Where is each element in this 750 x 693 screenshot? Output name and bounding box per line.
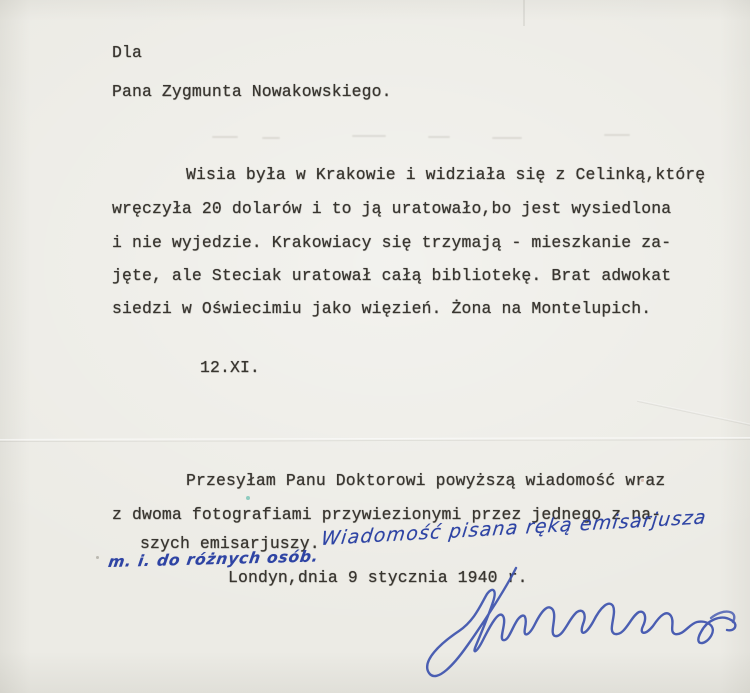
para1-line2: wręczyła 20 dolarów i to ją uratowało,bo… [112, 199, 671, 218]
bleedthrough-mark [428, 136, 450, 138]
bleedthrough-mark [352, 135, 386, 137]
bleedthrough-mark [604, 134, 630, 136]
bleedthrough-mark [212, 136, 238, 138]
paper-speck [246, 496, 250, 500]
date-note: 12.XI. [200, 358, 260, 377]
bleedthrough-mark [492, 137, 522, 139]
recipient-name: Pana Zygmunta Nowakowskiego. [112, 82, 392, 101]
bleedthrough-mark [262, 137, 280, 139]
para1-line4: jęte, ale Steciak uratował całą bibliote… [112, 266, 671, 285]
recipient-dla: Dla [112, 43, 142, 62]
signature-flourish [415, 560, 750, 693]
fold-crease-vertical [523, 0, 525, 26]
paper-speck [96, 556, 99, 559]
para1-line1: Wisia była w Krakowie i widziała się z C… [186, 165, 705, 184]
para2-line1: Przesyłam Panu Doktorowi powyższą wiadom… [186, 471, 665, 490]
para1-line5: siedzi w Oświecimiu jako więzień. Żona n… [112, 299, 651, 318]
para1-line3: i nie wyjedzie. Krakowiacy się trzymają … [112, 233, 671, 252]
